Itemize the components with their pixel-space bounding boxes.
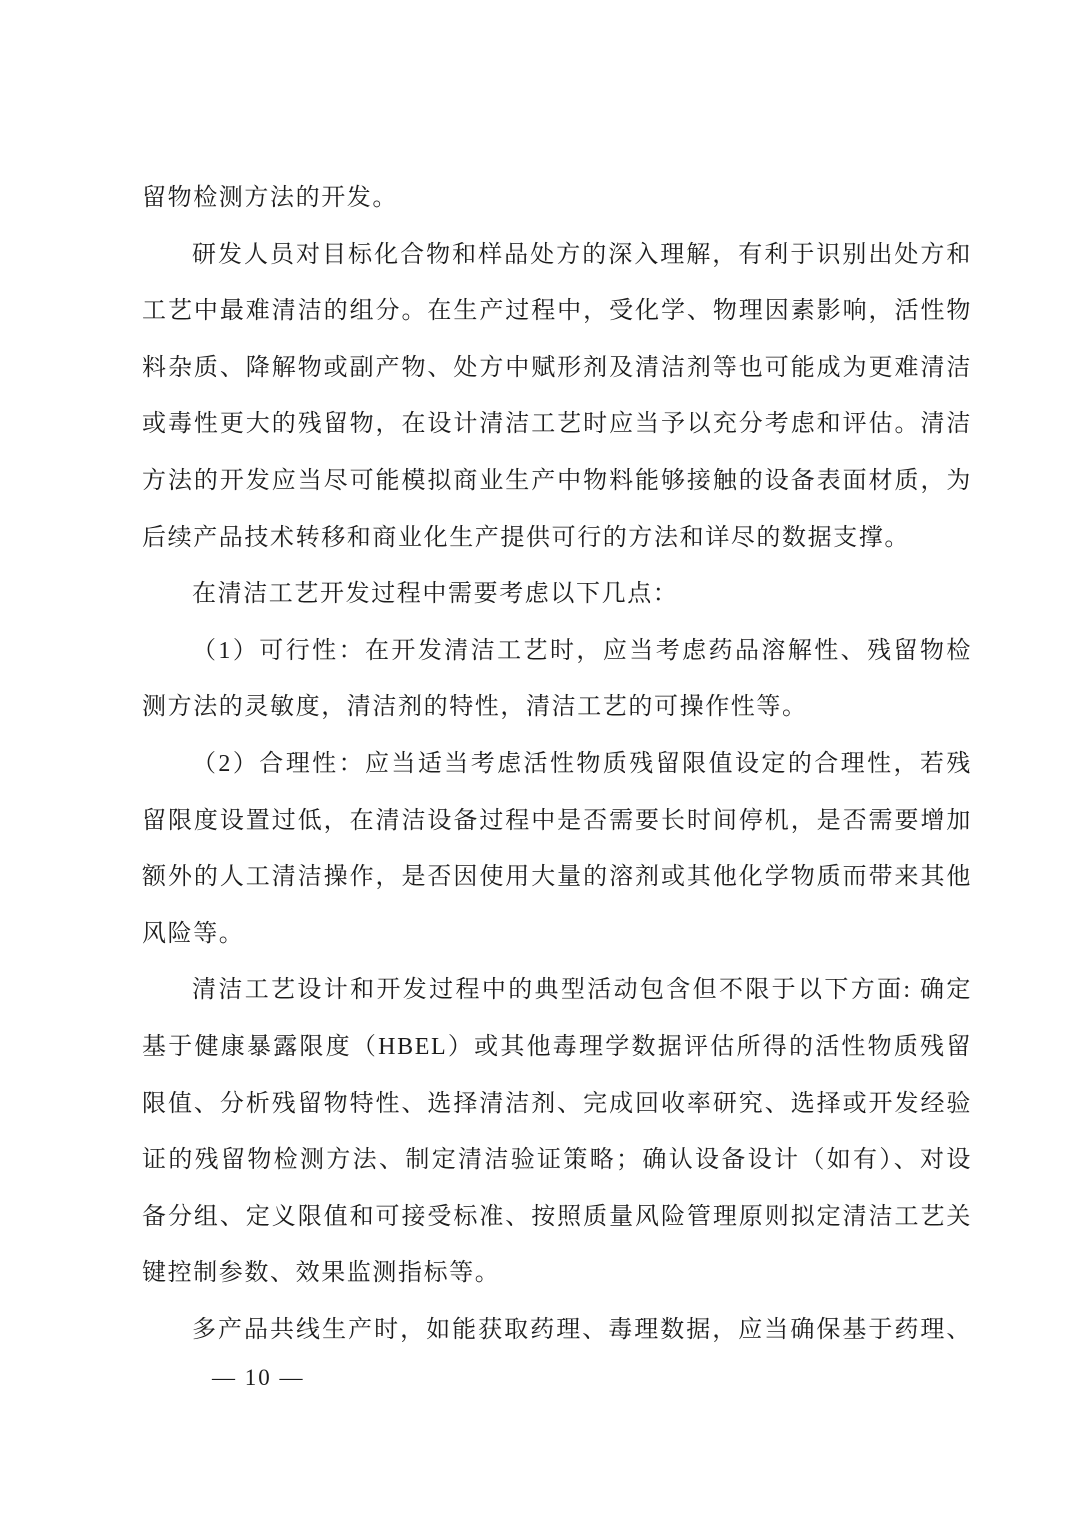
body-line: 留限度设置过低，在清洁设备过程中是否需要长时间停机，是否需要增加	[142, 793, 972, 850]
body-text-block: 留物检测方法的开发。研发人员对目标化合物和样品处方的深入理解，有利于识别出处方和…	[142, 170, 972, 1358]
body-line: 基于健康暴露限度（HBEL）或其他毒理学数据评估所得的活性物质残留	[142, 1019, 972, 1076]
page-number: — 10 —	[142, 1358, 972, 1398]
body-line: 清洁工艺设计和开发过程中的典型活动包含但不限于以下方面: 确定	[142, 962, 972, 1019]
body-line: 方法的开发应当尽可能模拟商业生产中物料能够接触的设备表面材质，为	[142, 453, 972, 510]
body-line: 风险等。	[142, 906, 972, 963]
body-line: 限值、分析残留物特性、选择清洁剂、完成回收率研究、选择或开发经验	[142, 1076, 972, 1133]
body-line: （1）可行性：在开发清洁工艺时，应当考虑药品溶解性、残留物检	[142, 623, 972, 680]
body-line: 在清洁工艺开发过程中需要考虑以下几点：	[142, 566, 972, 623]
body-line: （2）合理性：应当适当考虑活性物质残留限值设定的合理性，若残	[142, 736, 972, 793]
body-line: 留物检测方法的开发。	[142, 170, 972, 227]
body-line: 或毒性更大的残留物，在设计清洁工艺时应当予以充分考虑和评估。清洁	[142, 396, 972, 453]
body-line: 测方法的灵敏度，清洁剂的特性，清洁工艺的可操作性等。	[142, 679, 972, 736]
body-line: 键控制参数、效果监测指标等。	[142, 1245, 972, 1302]
body-line: 额外的人工清洁操作，是否因使用大量的溶剂或其他化学物质而带来其他	[142, 849, 972, 906]
body-line: 多产品共线生产时，如能获取药理、毒理数据，应当确保基于药理、	[142, 1302, 972, 1359]
body-line: 工艺中最难清洁的组分。在生产过程中，受化学、物理因素影响，活性物	[142, 283, 972, 340]
body-line: 料杂质、降解物或副产物、处方中赋形剂及清洁剂等也可能成为更难清洁	[142, 340, 972, 397]
document-page: 留物检测方法的开发。研发人员对目标化合物和样品处方的深入理解，有利于识别出处方和…	[0, 0, 1080, 1526]
body-line: 研发人员对目标化合物和样品处方的深入理解，有利于识别出处方和	[142, 227, 972, 284]
body-line: 后续产品技术转移和商业化生产提供可行的方法和详尽的数据支撑。	[142, 510, 972, 567]
body-line: 备分组、定义限值和可接受标准、按照质量风险管理原则拟定清洁工艺关	[142, 1189, 972, 1246]
body-line: 证的残留物检测方法、制定清洁验证策略；确认设备设计（如有）、对设	[142, 1132, 972, 1189]
